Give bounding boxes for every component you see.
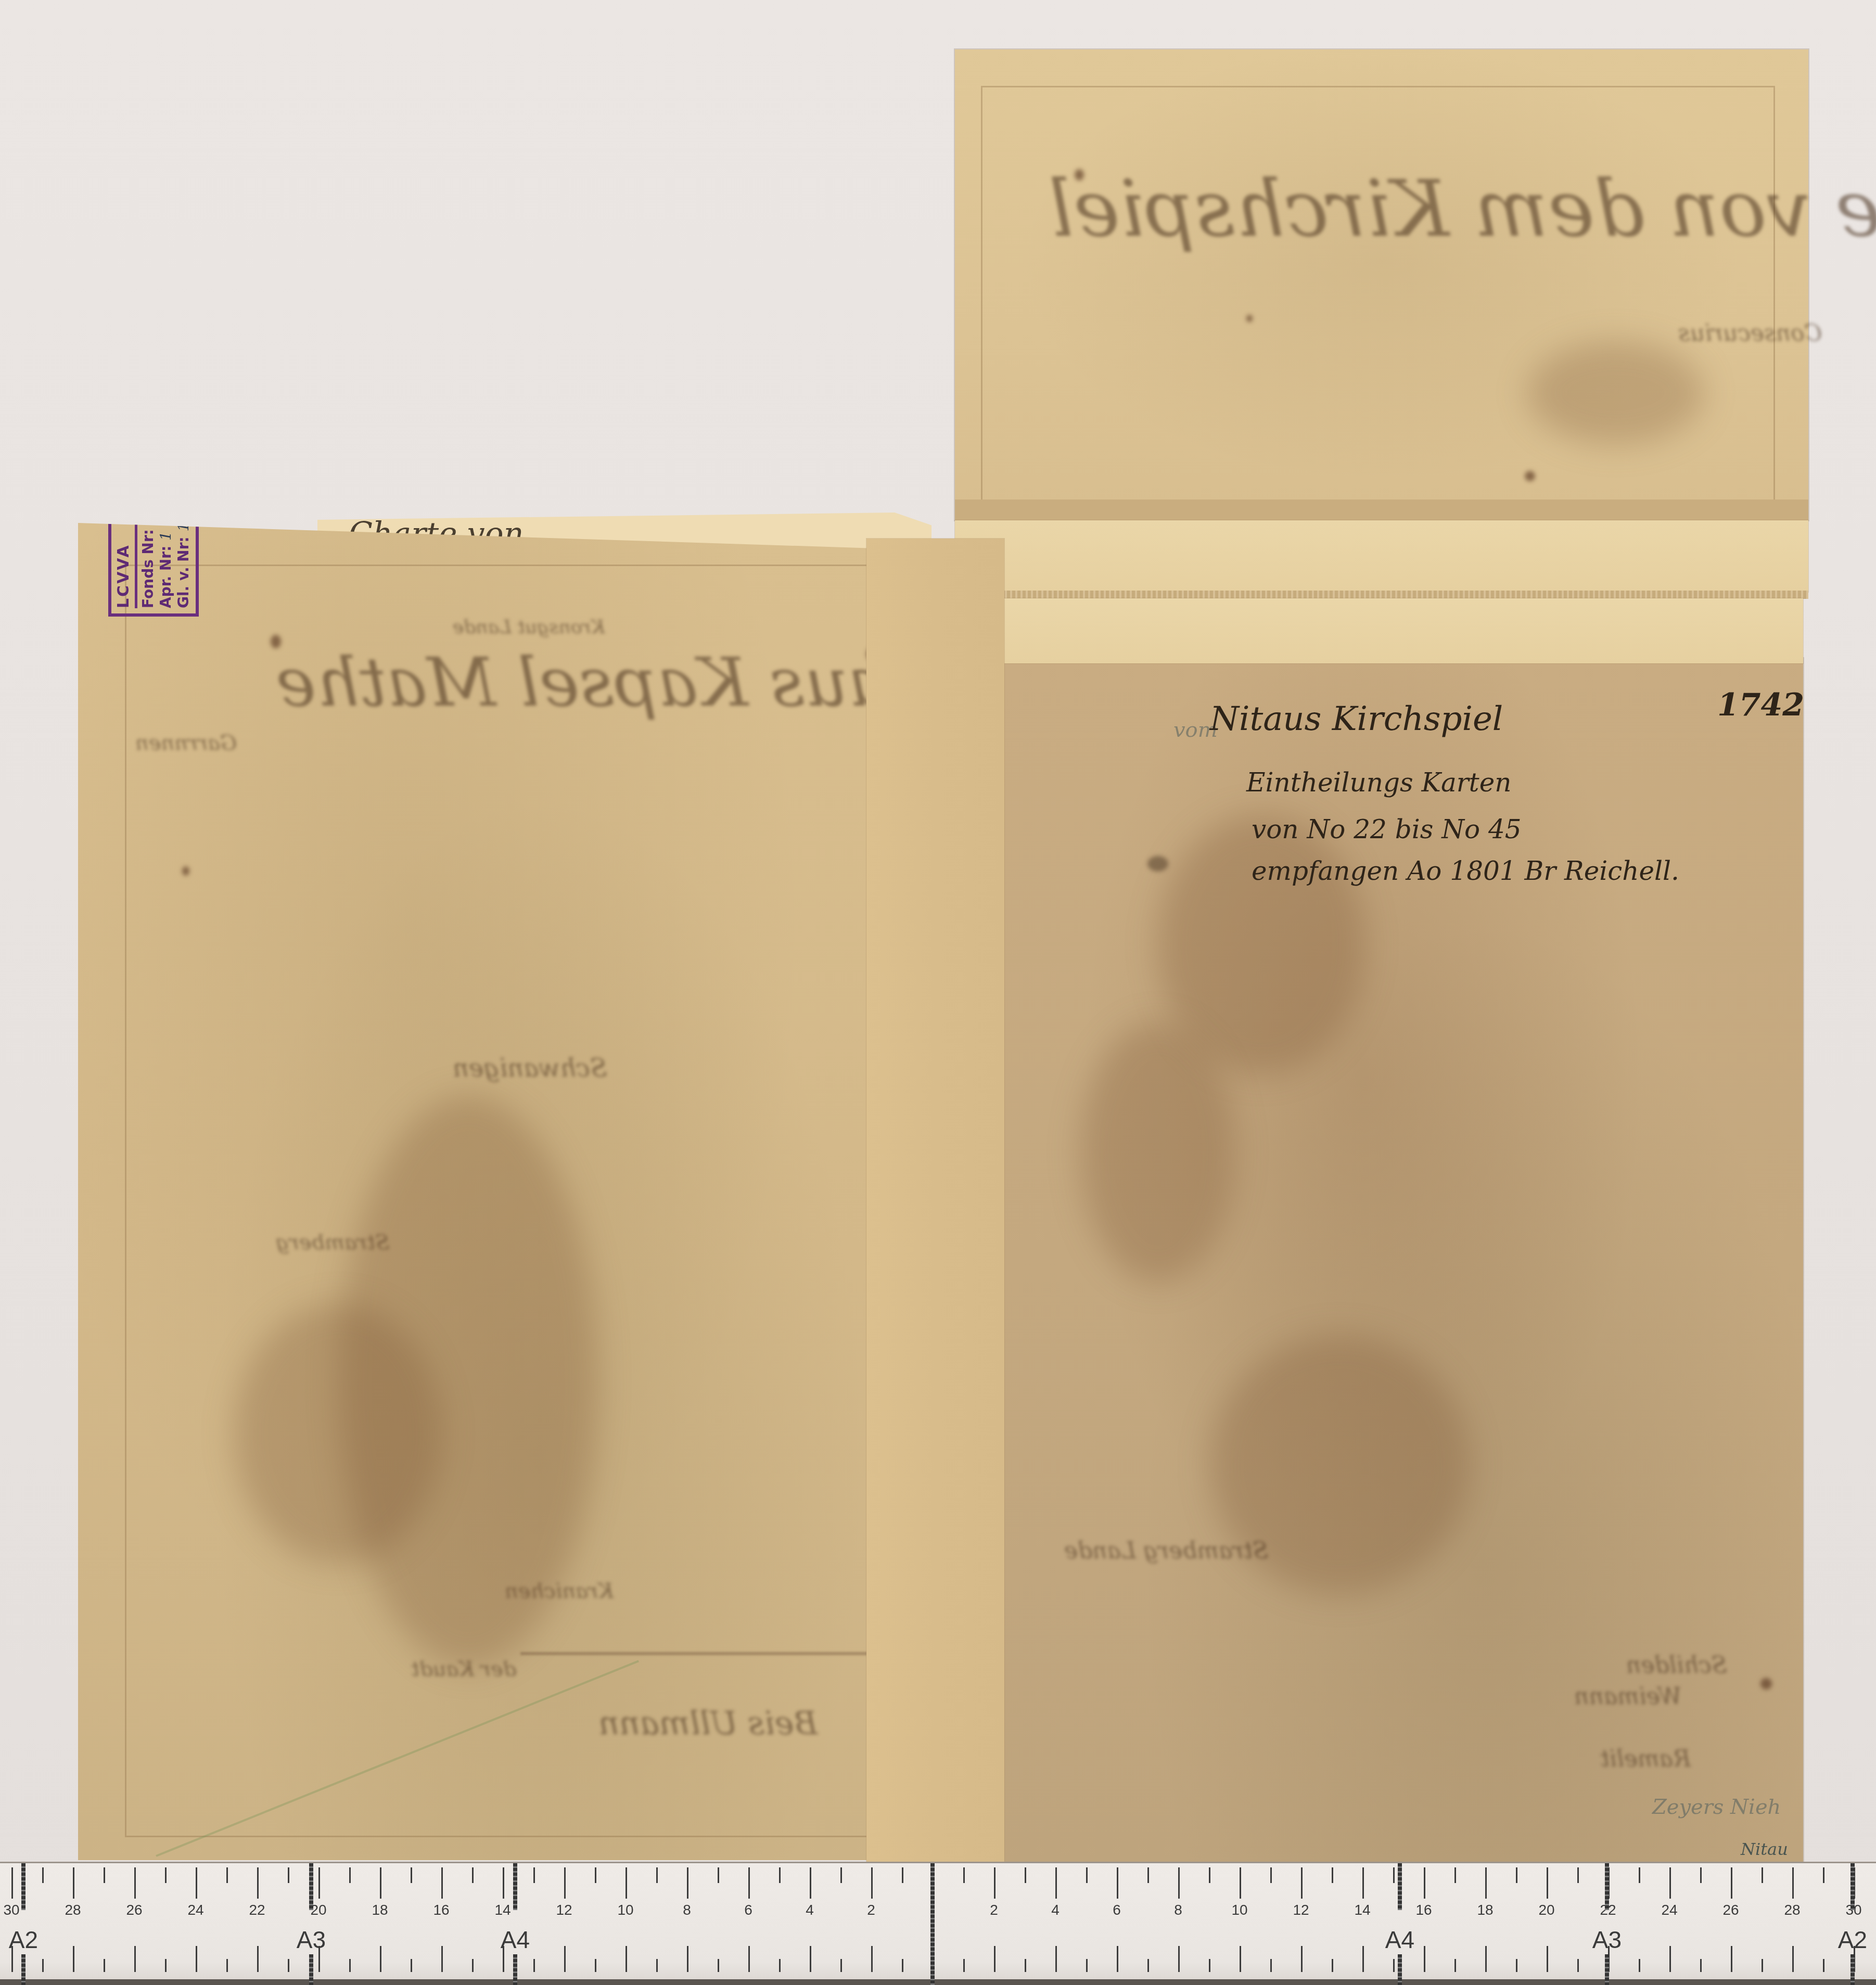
ruler-tick xyxy=(134,1946,136,1972)
right-bleed-label-1: Stramberg Lande xyxy=(1064,1538,1268,1564)
ruler-tick xyxy=(779,1959,781,1972)
ruler-number: 28 xyxy=(1784,1902,1800,1918)
ruler-tick xyxy=(472,1959,474,1972)
ruler-tick xyxy=(441,1867,443,1899)
ruler-tick xyxy=(1117,1867,1118,1899)
ruler-number: 18 xyxy=(1477,1902,1493,1918)
ruler-number: 6 xyxy=(744,1902,752,1918)
ruler-tick xyxy=(1454,1867,1456,1883)
ruler-number: 10 xyxy=(617,1902,633,1918)
top-right-heading-bleed: Charte von dem Kirchspiel xyxy=(1049,164,1876,254)
ruler-format-marker xyxy=(1605,1863,1609,1910)
ruler-tick xyxy=(1332,1867,1333,1883)
ruler-tick xyxy=(472,1867,474,1883)
ruler-tick xyxy=(871,1867,873,1899)
ruler-tick xyxy=(1393,1867,1395,1883)
ruler-tick xyxy=(411,1867,412,1883)
ruler-tick xyxy=(1485,1867,1487,1899)
ruler-number: 28 xyxy=(65,1902,81,1918)
ruler-format-label: A3 xyxy=(297,1926,326,1954)
ruler-tick xyxy=(1577,1959,1579,1972)
vertical-joining-tape xyxy=(866,539,1004,1863)
ruler-tick xyxy=(595,1959,596,1972)
ruler-tick xyxy=(1393,1959,1395,1972)
ruler-tick xyxy=(1240,1867,1241,1899)
catalog-number: 1742 xyxy=(1717,687,1804,723)
ruler-tick xyxy=(1547,1867,1548,1899)
ruler-tick xyxy=(810,1946,811,1972)
ruler-tick xyxy=(1639,1959,1640,1972)
ruler-tick xyxy=(1792,1867,1794,1899)
top-right-sheet: Charte von dem Kirchspiel Consecurius xyxy=(955,49,1808,520)
ruler-tick xyxy=(226,1867,228,1883)
ruler-tick xyxy=(288,1867,289,1883)
ruler-tick xyxy=(1362,1946,1364,1972)
ruler-tick xyxy=(503,1867,504,1899)
right-bleed-label-2: Schilden xyxy=(1626,1652,1727,1679)
ruler-number: 18 xyxy=(372,1902,388,1918)
ruler-number: 14 xyxy=(1354,1902,1370,1918)
ruler-center-line xyxy=(930,1863,935,1985)
ruler-tick xyxy=(779,1867,781,1883)
ruler-tick xyxy=(1639,1867,1640,1883)
ruler-tick xyxy=(73,1867,74,1899)
ruler-format-marker xyxy=(21,1954,25,1985)
ruler-number: 16 xyxy=(1415,1902,1432,1918)
ruler-tick xyxy=(134,1867,136,1899)
ruler-tick xyxy=(73,1946,74,1972)
hinge-seam xyxy=(955,591,1808,599)
ruler-tick xyxy=(871,1946,873,1972)
corner-ink-note: Nitau xyxy=(1741,1839,1788,1859)
ruler-tick xyxy=(1178,1867,1180,1899)
ruler-tick xyxy=(165,1867,167,1883)
ruler-tick xyxy=(1731,1867,1732,1899)
stamp-apr-label: Apr. Nr: xyxy=(157,546,174,608)
ruler-tick xyxy=(687,1946,688,1972)
ruler-tick xyxy=(196,1946,197,1972)
ruler-tick xyxy=(1547,1946,1548,1972)
ruler-tick xyxy=(42,1867,44,1883)
ruler-tick xyxy=(533,1959,535,1972)
ruler-number: 30 xyxy=(3,1902,19,1918)
ruler-tick xyxy=(1823,1867,1824,1883)
left-bleed-rule xyxy=(520,1652,869,1655)
ruler-format-marker xyxy=(1398,1863,1402,1910)
ruler-tick xyxy=(1669,1946,1671,1972)
ruler-tick xyxy=(165,1959,167,1972)
ruler-tick xyxy=(963,1959,965,1972)
ruler-number: 26 xyxy=(1722,1902,1739,1918)
ruler-format-label: A2 xyxy=(1838,1926,1867,1954)
ruler-format-marker xyxy=(1605,1954,1609,1985)
ruler-tick xyxy=(902,1959,903,1972)
ruler-tick xyxy=(349,1959,351,1972)
ruler-format-marker xyxy=(513,1863,517,1910)
right-bleed-label-4: Ramelit xyxy=(1600,1746,1691,1772)
ruler-tick xyxy=(349,1867,351,1883)
annotation-line-3: von No 22 bis No 45 xyxy=(1252,814,1522,844)
hinge-tape-upper xyxy=(955,520,1808,592)
stamp-fonds-label: Fonds Nr: xyxy=(139,529,157,608)
ruler-tick xyxy=(840,1959,842,1972)
ruler-tick xyxy=(1362,1867,1364,1899)
ruler-tick xyxy=(840,1867,842,1883)
ruler-tick xyxy=(1055,1946,1057,1972)
ruler-tick xyxy=(1485,1946,1487,1972)
ruler-tick xyxy=(1178,1946,1180,1972)
ruler-format-label: A4 xyxy=(501,1926,530,1954)
ruler-number: 12 xyxy=(556,1902,572,1918)
ruler-number: 8 xyxy=(683,1902,691,1918)
ruler-tick xyxy=(810,1867,811,1899)
ruler-tick xyxy=(1669,1867,1671,1899)
ruler-tick xyxy=(718,1959,719,1972)
measurement-ruler: 2244668810101212141416161818202022222424… xyxy=(0,1862,1876,1985)
ruler-format-marker xyxy=(309,1954,313,1985)
ruler-tick xyxy=(441,1946,443,1972)
ruler-tick xyxy=(626,1867,627,1899)
ruler-format-label: A2 xyxy=(9,1926,38,1954)
ruler-tick xyxy=(1301,1946,1303,1972)
ruler-tick xyxy=(1209,1959,1210,1972)
ruler-tick xyxy=(1823,1959,1824,1972)
ruler-tick xyxy=(380,1946,381,1972)
ruler-tick xyxy=(1209,1867,1210,1883)
ruler-tick xyxy=(318,1867,320,1899)
ruler-tick xyxy=(1424,1946,1425,1972)
ruler-tick xyxy=(902,1867,903,1883)
ruler-number: 8 xyxy=(1174,1902,1182,1918)
left-bleed-label-1: Kronsgut Lande xyxy=(453,617,605,638)
ruler-tick xyxy=(196,1867,197,1899)
ruler-tick xyxy=(257,1867,259,1899)
ruler-tick xyxy=(257,1946,259,1972)
left-bleed-label-2: Schwanigen xyxy=(453,1054,607,1083)
ruler-tick xyxy=(1086,1959,1088,1972)
right-bleed-label-3: Weimann xyxy=(1574,1683,1681,1710)
ruler-tick xyxy=(1240,1946,1241,1972)
ruler-tick xyxy=(1025,1867,1026,1883)
ruler-tick xyxy=(1270,1867,1272,1883)
annotation-line-4: empfangen Ao 1801 Br Reichell. xyxy=(1252,856,1679,886)
ruler-tick xyxy=(994,1946,996,1972)
ruler-number: 24 xyxy=(1661,1902,1677,1918)
ruler-tick xyxy=(42,1959,44,1972)
ruler-tick xyxy=(1700,1959,1702,1972)
hinge-tape-lower xyxy=(933,598,1803,663)
ruler-tick xyxy=(1301,1867,1303,1899)
ruler-tick xyxy=(1086,1867,1088,1883)
ruler-tick xyxy=(1516,1959,1517,1972)
left-bleed-label-7: Beis Ullmann xyxy=(598,1704,818,1742)
ruler-tick xyxy=(1577,1867,1579,1883)
top-right-sheet-frame xyxy=(981,86,1775,535)
ruler-number: 16 xyxy=(433,1902,449,1918)
ruler-tick xyxy=(11,1867,13,1899)
ruler-number: 2 xyxy=(990,1902,998,1918)
ruler-number: 20 xyxy=(1538,1902,1554,1918)
ruler-tick xyxy=(1516,1867,1517,1883)
ruler-tick xyxy=(656,1959,658,1972)
ruler-tick xyxy=(656,1867,658,1883)
ruler-tick xyxy=(1792,1946,1794,1972)
ruler-format-marker xyxy=(21,1863,25,1910)
top-right-lower-band xyxy=(955,500,1808,520)
ruler-tick xyxy=(1731,1946,1732,1972)
ruler-tick xyxy=(1762,1959,1763,1972)
ruler-tick xyxy=(1762,1867,1763,1883)
ruler-number: 2 xyxy=(867,1902,875,1918)
ruler-tick xyxy=(687,1867,688,1899)
ruler-tick xyxy=(104,1867,105,1883)
ruler-tick xyxy=(748,1867,750,1899)
corner-pencil-note: Zeyers Nieh xyxy=(1652,1795,1781,1819)
ruler-tick xyxy=(1270,1959,1272,1972)
ruler-format-marker xyxy=(1398,1954,1402,1985)
ruler-bottom-edge xyxy=(0,1979,1876,1985)
ruler-tick xyxy=(564,1867,566,1899)
ruler-tick xyxy=(718,1867,719,1883)
ruler-format-marker xyxy=(513,1954,517,1985)
ruler-number: 6 xyxy=(1113,1902,1121,1918)
ruler-number: 4 xyxy=(1051,1902,1060,1918)
ruler-tick xyxy=(380,1867,381,1899)
ruler-tick xyxy=(626,1946,627,1972)
ruler-format-marker xyxy=(1851,1954,1855,1985)
top-right-subheading-bleed: Consecurius xyxy=(1678,320,1822,347)
stamp-apr-value: 1 xyxy=(157,531,174,541)
annotation-line-2: Eintheilungs Karten xyxy=(1246,767,1511,798)
ruler-tick xyxy=(1117,1946,1118,1972)
ruler-tick xyxy=(748,1946,750,1972)
stamp-glv-label: Gl. v. Nr: xyxy=(175,536,192,608)
ruler-tick xyxy=(1147,1959,1149,1972)
right-sheet: vom Nitaus Kirchspiel Eintheilungs Karte… xyxy=(1002,658,1803,1863)
annotation-line-1: Nitaus Kirchspiel xyxy=(1210,700,1503,738)
ruler-tick xyxy=(533,1867,535,1883)
ruler-tick xyxy=(104,1959,105,1972)
ruler-format-marker xyxy=(309,1863,313,1910)
ruler-number: 14 xyxy=(494,1902,511,1918)
ruler-number: 10 xyxy=(1231,1902,1247,1918)
ruler-tick xyxy=(1454,1959,1456,1972)
ruler-number: 12 xyxy=(1293,1902,1309,1918)
ruler-tick xyxy=(1424,1867,1425,1899)
ruler-number: 26 xyxy=(126,1902,142,1918)
ruler-tick xyxy=(1147,1867,1149,1883)
ruler-tick xyxy=(963,1867,965,1883)
ruler-tick xyxy=(994,1867,996,1899)
ruler-format-marker xyxy=(1851,1863,1855,1910)
ruler-tick xyxy=(1055,1867,1057,1899)
ruler-tick xyxy=(411,1959,412,1972)
ruler-format-label: A3 xyxy=(1592,1926,1622,1954)
ruler-format-label: A4 xyxy=(1385,1926,1414,1954)
ruler-number: 4 xyxy=(806,1902,814,1918)
ruler-tick xyxy=(226,1959,228,1972)
ruler-tick xyxy=(1700,1867,1702,1883)
ruler-number: 24 xyxy=(187,1902,203,1918)
ruler-tick xyxy=(288,1959,289,1972)
ruler-tick xyxy=(1332,1959,1333,1972)
ruler-tick xyxy=(564,1946,566,1972)
ruler-tick xyxy=(1025,1959,1026,1972)
left-bleed-label-5: Garrnnen xyxy=(135,731,237,755)
left-sheet: LCVVA Fonds Nr: 7404 Apr. Nr: 1 Gl. v. N… xyxy=(78,523,916,1860)
ruler-tick xyxy=(595,1867,596,1883)
ruler-number: 22 xyxy=(249,1902,265,1918)
